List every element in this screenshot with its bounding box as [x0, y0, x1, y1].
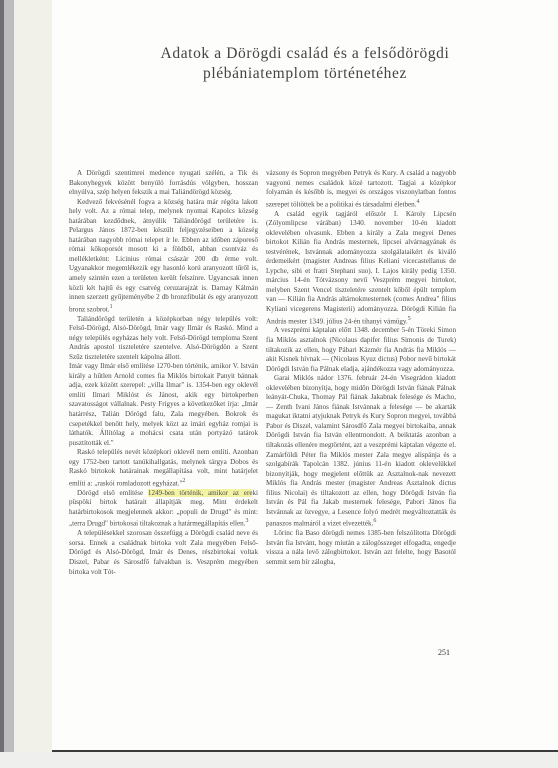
previous-page-edge [14, 0, 53, 752]
footnote-ref: 4 [417, 199, 420, 205]
paragraph: A településekkel szorosan összefügg a Dö… [69, 529, 258, 577]
paragraph: A család egyik tagjáról először I. Károl… [266, 210, 456, 327]
paragraph: Kedvező fekvésénél fogva a község határa… [69, 198, 258, 315]
left-text-column: A Dörögdi szentimrei medence nyugati szé… [69, 169, 258, 577]
scan-background [0, 752, 558, 768]
title-line-2: plébániatemplom történetéhez [52, 64, 558, 84]
book-page: Adatok a Dörögdi család és a felsődörögd… [52, 0, 558, 752]
footnote-ref: 1 [110, 304, 113, 310]
footnote-ref: 5 [408, 316, 411, 322]
paragraph: Taliándörögd területén a középkorban nég… [69, 315, 258, 363]
paragraph: A veszprémi káptalan előtt 1348. decembe… [266, 326, 456, 374]
paragraph: Lőrinc fia Baso dörögdi nemes 1385-ben f… [266, 529, 456, 567]
paragraph: A Dörögdi szentimrei medence nyugati szé… [69, 169, 258, 198]
highlighted-text: 1249-ben történik, amikor az ere [148, 489, 253, 497]
paragraph: vázsony és Sopron megyében Petryk és Kur… [266, 169, 456, 210]
paragraph: Raskó település nevét középkori oklevél … [69, 448, 258, 489]
paragraph: Dörögd első említése 1249-ben történik, … [69, 489, 258, 530]
book-spine-shadow [4, 0, 14, 768]
page-number: 251 [438, 648, 450, 657]
footnote-ref: 2 [182, 478, 185, 484]
paragraph: Imár vagy Ilmár első említése 1270-ben t… [69, 362, 258, 448]
title-line-1: Adatok a Dörögdi család és a felsődörögd… [52, 44, 558, 64]
article-title: Adatok a Dörögdi család és a felsődörögd… [52, 44, 558, 84]
right-text-column: vázsony és Sopron megyében Petryk és Kur… [266, 169, 456, 568]
footnote-ref: 3 [245, 518, 248, 524]
paragraph: Garai Miklós nádor 1376. február 24-én V… [266, 374, 456, 529]
footnote-ref: 6 [373, 518, 376, 524]
